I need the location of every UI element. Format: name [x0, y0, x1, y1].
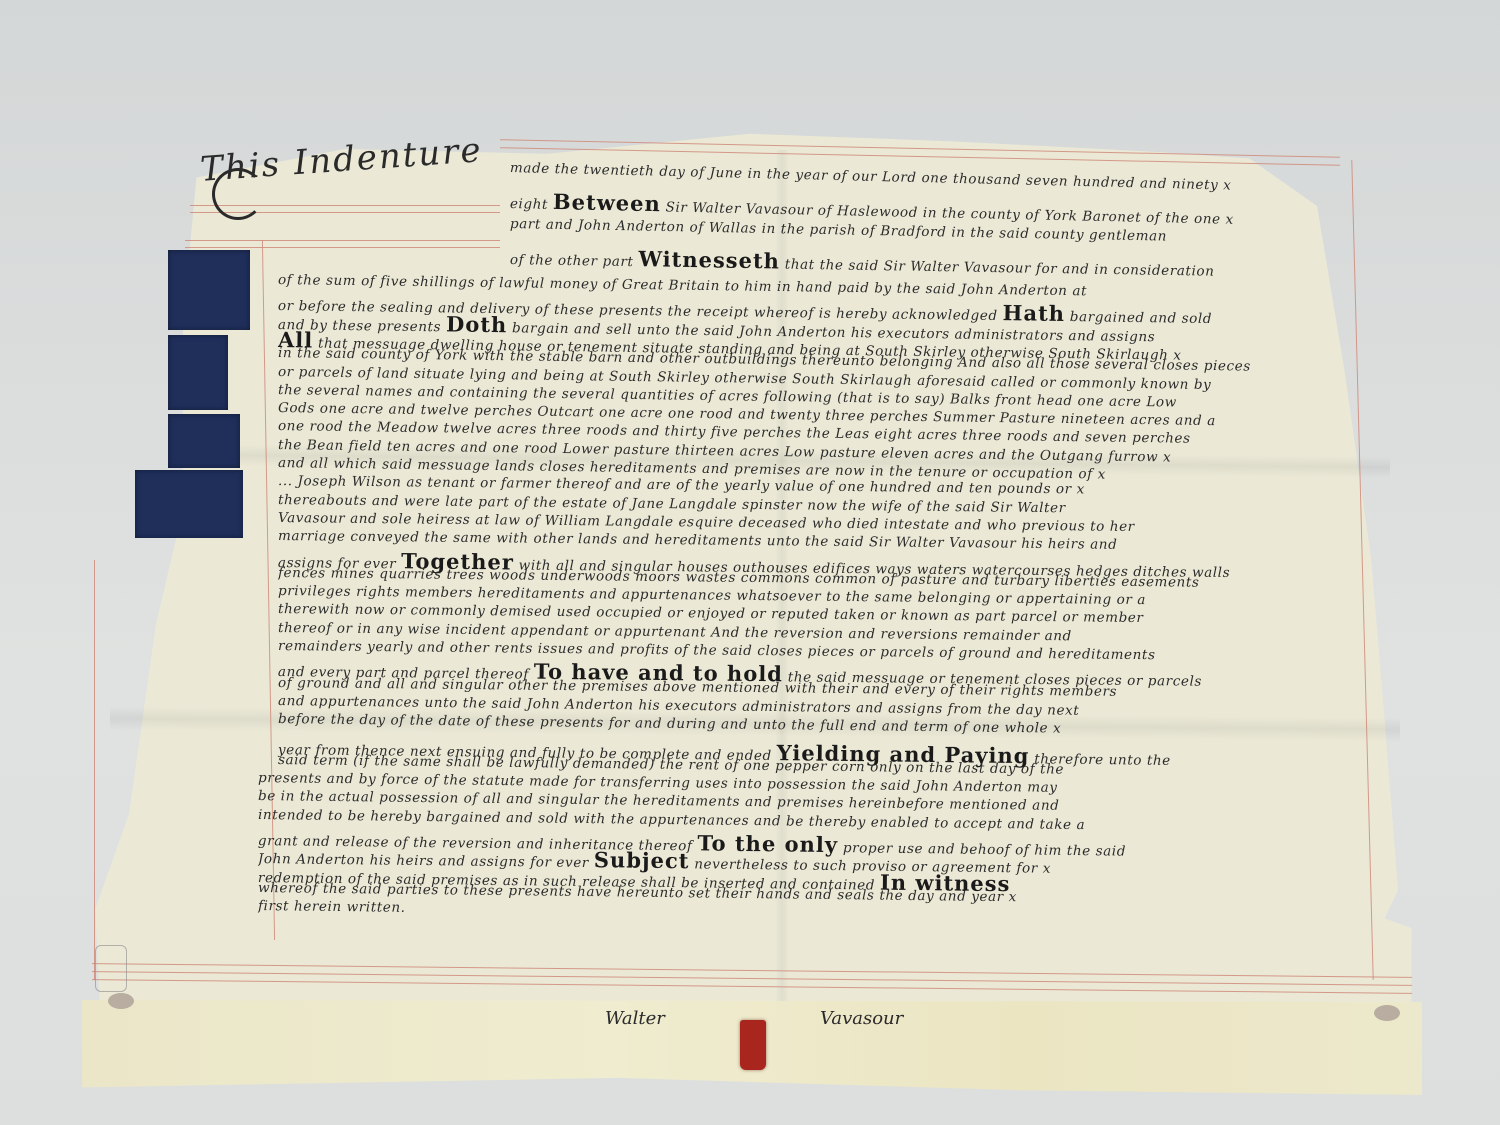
wax-seal	[740, 1020, 766, 1070]
signature-last-name: Vavasour	[820, 1008, 903, 1029]
header-rule-4	[185, 247, 500, 248]
punch-hole-left	[108, 993, 134, 1009]
blue-tab-3	[168, 414, 240, 468]
blue-tab-1	[168, 250, 250, 330]
blue-tab-2	[168, 335, 228, 410]
signature-first-name: Walter	[605, 1008, 665, 1029]
header-rule-3	[185, 240, 500, 241]
blue-tab-4	[135, 470, 243, 538]
outer-left-rule	[94, 560, 95, 980]
punch-hole-right	[1374, 1005, 1400, 1021]
revenue-stamp-mark	[95, 945, 127, 992]
